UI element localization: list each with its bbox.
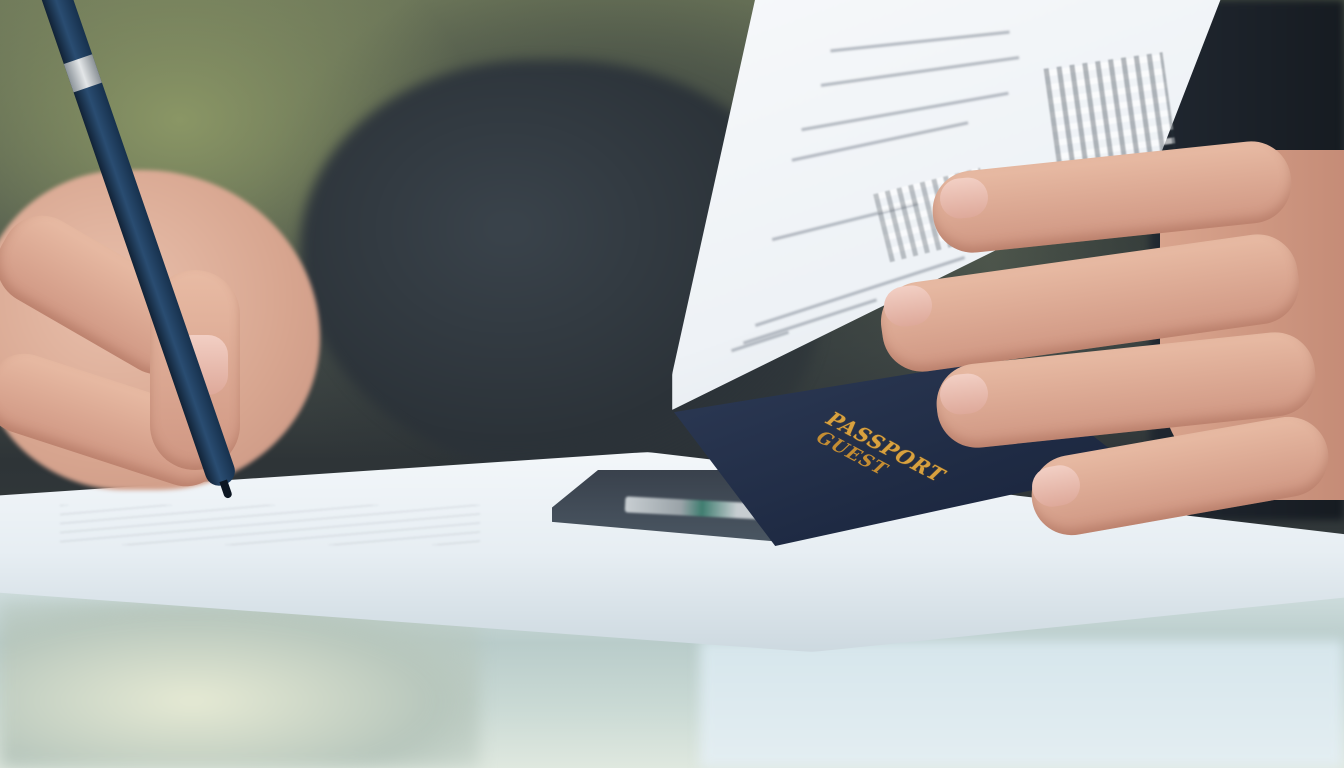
table-reflection bbox=[0, 600, 480, 768]
photo-scene: PASSPORT GUEST bbox=[0, 0, 1344, 768]
table-reflection bbox=[700, 640, 1344, 768]
right-hand bbox=[880, 148, 1344, 528]
paper-text-lines bbox=[60, 505, 480, 545]
